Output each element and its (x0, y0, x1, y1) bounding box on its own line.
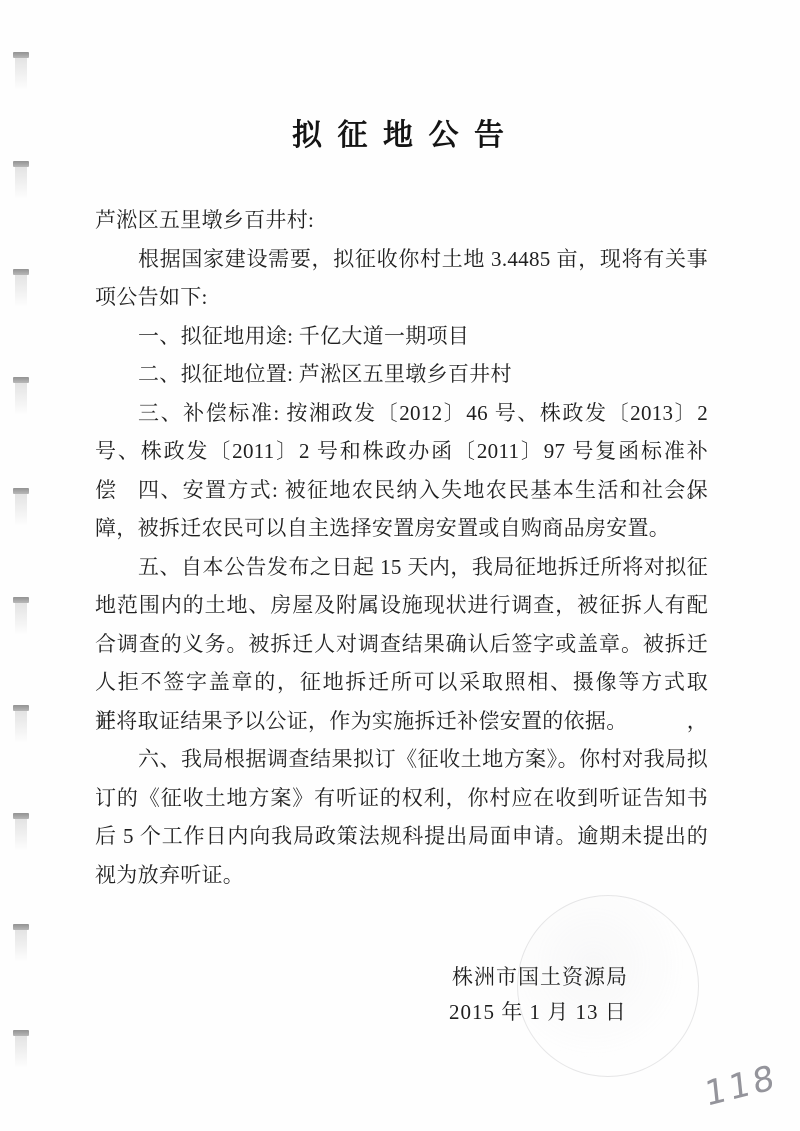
body-lines: 根据国家建设需要，拟征收你村土地 3.4485 亩，现将有关事项公告如下:一、拟… (95, 240, 708, 895)
binding-hole-mark (13, 597, 29, 639)
binding-hole-mark (13, 377, 29, 419)
body-line: 三、补偿标准: 按湘政发〔2012〕46 号、株政发〔2013〕2 (95, 394, 708, 433)
scanned-page: { "page": { "background_color": "#fefefe… (0, 0, 800, 1131)
body-line: 视为放弃听证。 (95, 856, 708, 895)
salutation-line: 芦淞区五里墩乡百井村: (95, 201, 708, 240)
body-line: 并将取证结果予以公证，作为实施拆迁补偿安置的依据。 (95, 702, 708, 741)
body-line: 订的《征收土地方案》有听证的权利，你村应在收到听证告知书 (95, 779, 708, 818)
handwritten-page-number: 118 (703, 1057, 779, 1115)
binding-hole-mark (13, 269, 29, 311)
body-line: 根据国家建设需要，拟征收你村土地 3.4485 亩，现将有关事 (95, 240, 708, 279)
body-line: 二、拟征地位置: 芦淞区五里墩乡百井村 (95, 355, 708, 394)
document-title: 拟 征 地 公 告 (0, 119, 800, 154)
body-line: 项公告如下: (95, 278, 708, 317)
binding-hole-mark (13, 161, 29, 203)
binding-hole-mark (13, 705, 29, 747)
body-line: 号、株政发〔2011〕2 号和株政办函〔2011〕97 号复函标准补偿。 (95, 432, 708, 471)
body-line: 人拒不签字盖章的，征地拆迁所可以采取照相、摄像等方式取证， (95, 663, 708, 702)
body-line: 一、拟征地用途: 千亿大道一期项目 (95, 317, 708, 356)
signature-block: 株洲市国土资源局 2015 年 1 月 13 日 (449, 960, 628, 1030)
issue-date: 2015 年 1 月 13 日 (449, 995, 628, 1030)
binding-hole-mark (13, 924, 29, 966)
body-line: 四、安置方式: 被征地农民纳入失地农民基本生活和社会保 (95, 471, 708, 510)
body-line: 地范围内的土地、房屋及附属设施现状进行调查，被征拆人有配 (95, 586, 708, 625)
body-line: 合调查的义务。被拆迁人对调查结果确认后签字或盖章。被拆迁 (95, 625, 708, 664)
binding-hole-mark (13, 813, 29, 855)
body-line: 障，被拆迁农民可以自主选择安置房安置或自购商品房安置。 (95, 509, 708, 548)
issuing-authority: 株洲市国土资源局 (449, 960, 628, 995)
binding-hole-mark (13, 1030, 29, 1072)
body-line: 五、自本公告发布之日起 15 天内，我局征地拆迁所将对拟征 (95, 548, 708, 587)
binding-hole-mark (13, 52, 29, 94)
body-line: 后 5 个工作日内向我局政策法规科提出局面申请。逾期未提出的 (95, 817, 708, 856)
body-line: 六、我局根据调查结果拟订《征收土地方案》。你村对我局拟 (95, 740, 708, 779)
document-body: 芦淞区五里墩乡百井村: 根据国家建设需要，拟征收你村土地 3.4485 亩，现将… (95, 201, 708, 894)
document-page: 拟 征 地 公 告 芦淞区五里墩乡百井村: 根据国家建设需要，拟征收你村土地 3… (0, 0, 800, 1131)
binding-hole-mark (13, 488, 29, 530)
